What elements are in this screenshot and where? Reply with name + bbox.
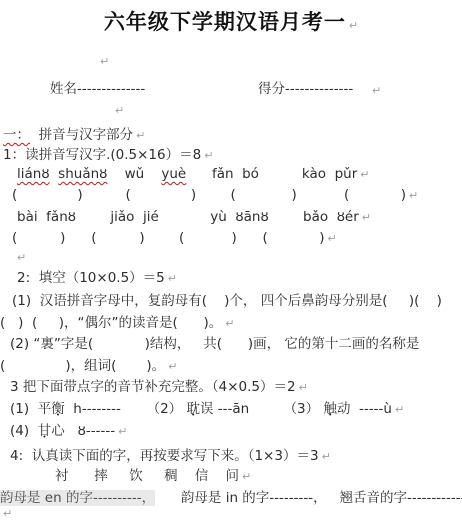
q2-item1-line1-text: (1) 汉语拼音字母中，复韵母有( )个， 四个后鼻韵母分别是( )( ) [12, 293, 442, 309]
question-2-item-1-line-1: (1) 汉语拼音字母中，复韵母有( )个， 四个后鼻韵母分别是( )( ) [12, 292, 442, 310]
q4-answer-line-tokens: 韵母是 en 的字----------， 韵母是 in 的字---------，… [0, 490, 462, 506]
paragraph-mark-icon: ↵ [360, 168, 369, 181]
answer-blanks-2: ( ) ( ) ( ) ( ) [12, 230, 324, 246]
paragraph-mark-icon: ↵ [100, 55, 109, 68]
paragraph-mark-icon: ↵ [225, 317, 234, 330]
section-1-title: 拼音与汉字部分 [30, 127, 133, 143]
paragraph-mark-icon: ↵ [118, 425, 127, 438]
paragraph-mark-icon: ↵ [362, 211, 371, 224]
paragraph-mark-icon: ↵ [17, 251, 26, 264]
title-line: 六年级下学期汉语月考一↵ [0, 6, 462, 36]
q2-item2-line2-text: ( )，组词( )。 [0, 358, 165, 374]
paragraph-mark-icon: ↵ [242, 470, 251, 483]
paragraph-mark-icon: ↵ [322, 450, 331, 463]
answer-blanks-row-1: ( ) ( ) ( ) ( )↵ [12, 186, 418, 205]
paragraph-mark-icon: ↵ [115, 104, 124, 117]
paragraph-mark-icon: ↵ [409, 189, 418, 202]
q3-row2-tokens: (4) 甘心 ȣ------ [10, 423, 115, 439]
question-2-text: 2: 填空（10×0.5）＝5 [17, 270, 165, 286]
paragraph-mark-icon: ↵ [349, 19, 358, 32]
exam-document: 六年级下学期汉语月考一↵ ↵ 姓名-------------- 得分------… [0, 0, 462, 522]
paragraph-mark-icon: ↵ [299, 381, 308, 394]
question-4-text: 4: 认真读下面的字，再按要求写下来。（1×3）＝3 [10, 448, 319, 464]
question-2-item-2-line-2: ( )，组词( )。↵ [0, 357, 177, 376]
name-field-label: 姓名-------------- [50, 80, 145, 98]
question-2-item-2-line-1: (2) “裏”字是( )结构， 共( )画， 它的第十二画的名称是 [10, 335, 419, 353]
question-2-item-1-line-2: ( ) ( )，“偶尔”的读音是( )。↵ [0, 314, 234, 333]
question-4-label: 4: 认真读下面的字，再按要求写下来。（1×3）＝3↵ [10, 447, 331, 466]
question-3-items-row-1: (1) 平衡 h-------- （2） 耽误 ---ān （3） 触动 ---… [10, 400, 404, 419]
q2-item2-line1-text: (2) “裏”字是( )结构， 共( )画， 它的第十二画的名称是 [10, 336, 419, 352]
pinyin-row-1-tokens: liánȣ shuǎnȣ wǔ yuè fǎn bó kào pǔr [17, 166, 357, 182]
question-3-label: 3 把下面带点字的音节补充完整。（4×0.5）＝2↵ [10, 378, 308, 397]
exam-title: 六年级下学期汉语月考一 [104, 10, 346, 34]
paragraph-mark-icon: ↵ [372, 82, 381, 100]
pinyin-row-1: liánȣ shuǎnȣ wǔ yuè fǎn bó kào pǔr↵ [17, 165, 369, 184]
paragraph-mark-icon: ↵ [395, 403, 404, 416]
pinyin-row-2-text: bài fǎnȣ jiǎo jié yù ȣānȣ bǎo ȣér [17, 209, 359, 225]
question-4-character-row: 衬 摔 饮 稠 信 问↵ [55, 467, 251, 486]
paragraph-mark-icon: ↵ [327, 232, 336, 245]
question-1-label: 1：读拼音写汉字.(0.5×16）＝8↵ [3, 146, 213, 165]
paragraph-mark-icon: ↵ [136, 129, 145, 142]
score-field-label: 得分-------------- [258, 80, 353, 98]
question-3-text: 3 把下面带点字的音节补充完整。（4×0.5）＝2 [10, 379, 296, 395]
q3-row1-tokens: (1) 平衡 h-------- （2） 耽误 ---ān （3） 触动 ---… [10, 401, 392, 417]
paragraph-mark-icon: ↵ [168, 272, 177, 285]
question-3-items-row-2: (4) 甘心 ȣ------↵ [10, 422, 127, 441]
paragraph-mark-icon: ↵ [168, 360, 177, 373]
question-2-label: 2: 填空（10×0.5）＝5↵ [17, 269, 177, 288]
answer-blanks-row-2: ( ) ( ) ( ) ( )↵ [12, 229, 337, 248]
section-1-number: 一： [3, 127, 30, 143]
pinyin-row-2: bài fǎnȣ jiǎo jié yù ȣānȣ bǎo ȣér↵ [17, 208, 371, 227]
paragraph-mark-icon: ↵ [3, 507, 12, 520]
section-1-heading: 一： 拼音与汉字部分↵ [3, 126, 145, 145]
question-4-answer-line: 韵母是 en 的字----------， 韵母是 in 的字---------，… [0, 489, 462, 508]
answer-blanks-1: ( ) ( ) ( ) ( ) [12, 187, 406, 203]
paragraph-mark-icon: ↵ [204, 149, 213, 162]
q2-item1-line2-text: ( ) ( )，“偶尔”的读音是( )。 [0, 315, 222, 331]
q4-characters: 衬 摔 饮 稠 信 问 [55, 468, 239, 484]
question-1-text: 1：读拼音写汉字.(0.5×16）＝8 [3, 147, 201, 163]
